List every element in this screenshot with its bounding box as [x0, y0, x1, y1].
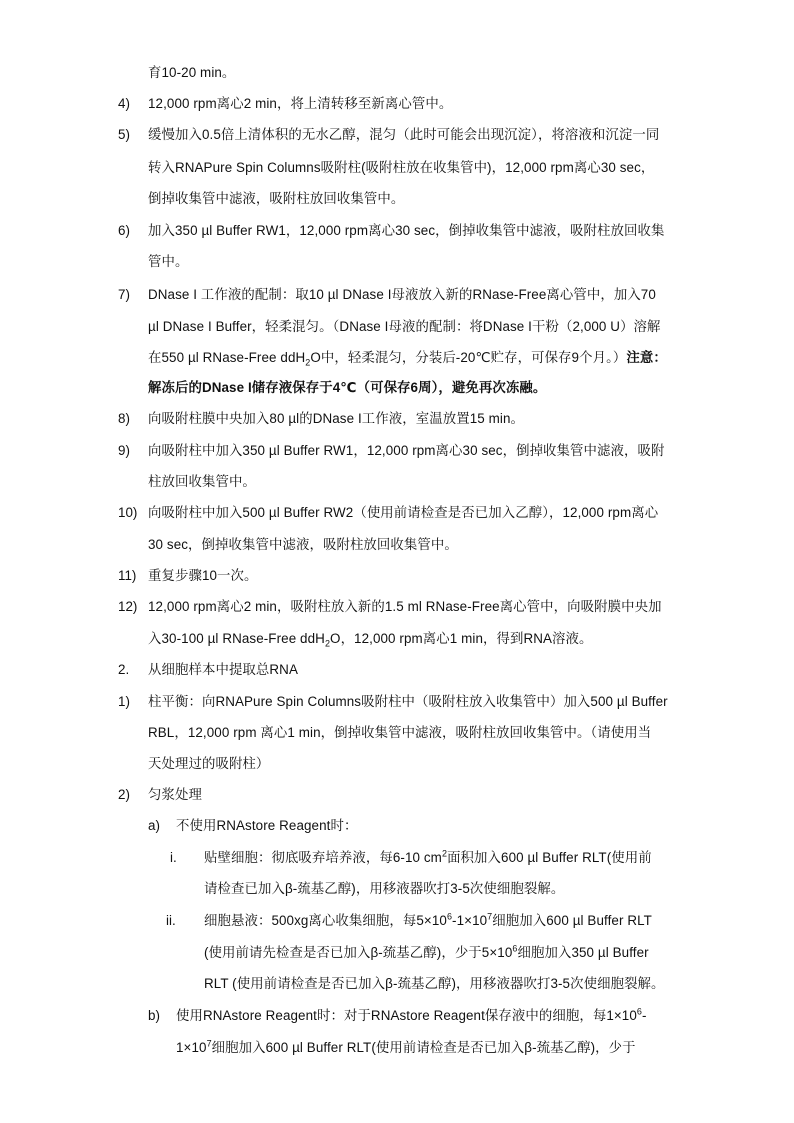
substep-text: 贴壁细胞：彻底吸弃培养液，每6-10 cm2面积加入600 µl Buffer … — [204, 849, 652, 867]
step-text: µl DNase I Buffer，轻柔混匀。（DNase I母液的配制：将DN… — [148, 318, 661, 336]
section-title: 从细胞样本中提取总RNA — [148, 661, 298, 679]
step-number: 4) — [118, 95, 130, 113]
step-number: 1) — [118, 693, 130, 711]
text-span: 入30-100 µl RNase-Free ddH — [148, 631, 325, 646]
step-number: 2) — [118, 786, 130, 804]
step-number: 9) — [118, 442, 130, 460]
step-text: 柱平衡：向RNAPure Spin Columns吸附柱中（吸附柱放入收集管中）… — [148, 693, 668, 711]
text-span: 在550 µl RNase-Free ddH — [148, 350, 305, 365]
text-span: 1×10 — [176, 1040, 207, 1055]
step-text: 向吸附柱膜中央加入80 µl的DNase I工作液，室温放置15 min。 — [148, 410, 524, 428]
step-text: 重复步骤10一次。 — [148, 567, 258, 585]
step-text: 缓慢加入0.5倍上清体积的无水乙醇，混匀（此时可能会出现沉淀），将溶液和沉淀一同 — [148, 126, 659, 144]
step-text: RBL，12,000 rpm 离心1 min，倒掉收集管中滤液，吸附柱放回收集管… — [148, 724, 651, 742]
substep-text: 请检查已加入β-巯基乙醇)，用移液器吹打3-5次使细胞裂解。 — [204, 880, 564, 898]
substep-letter: a) — [148, 817, 160, 835]
step-text: 12,000 rpm离心2 min，吸附柱放入新的1.5 ml RNase-Fr… — [148, 598, 662, 616]
step-text: 在550 µl RNase-Free ddH2O中，轻柔混匀，分装后-20℃贮存… — [148, 349, 667, 367]
roman-numeral: i. — [170, 849, 177, 867]
step-text: 天处理过的吸附柱） — [148, 755, 269, 773]
step-number: 7) — [118, 286, 130, 304]
step-number: 6) — [118, 222, 130, 240]
step-text: 30 sec，倒掉收集管中滤液，吸附柱放回收集管中。 — [148, 536, 458, 554]
text-span: 细胞加入350 µl Buffer — [517, 945, 648, 960]
step-text: 入30-100 µl RNase-Free ddH2O，12,000 rpm离心… — [148, 630, 593, 648]
step-number: 8) — [118, 410, 130, 428]
text-span: 细胞加入600 µl Buffer RLT — [492, 913, 652, 928]
text-span: 细胞加入600 µl Buffer RLT(使用前请检查是否已加入β-巯基乙醇)… — [212, 1040, 636, 1055]
step-number: 10) — [118, 504, 137, 522]
step-text: 向吸附柱中加入350 µl Buffer RW1，12,000 rpm离心30 … — [148, 442, 664, 460]
step-text: DNase I 工作液的配制：取10 µl DNase I母液放入新的RNase… — [148, 286, 656, 304]
note-text: 解冻后的DNase I储存液保存于4℃（可保存6周），避免再次冻融。 — [148, 379, 546, 397]
step-text: 柱放回收集管中。 — [148, 473, 256, 491]
step-text: 向吸附柱中加入500 µl Buffer RW2（使用前请检查是否已加入乙醇），… — [148, 504, 658, 522]
text-span: -1×10 — [452, 913, 487, 928]
step-number: 12) — [118, 598, 137, 616]
substep-text: RLT (使用前请检查是否已加入β-巯基乙醇)，用移液器吹打3-5次使细胞裂解。 — [204, 975, 665, 993]
step-text: 匀浆处理 — [148, 786, 202, 804]
step-text: 12,000 rpm离心2 min，将上清转移至新离心管中。 — [148, 95, 452, 113]
step-text: 倒掉收集管中滤液，吸附柱放回收集管中。 — [148, 190, 404, 208]
substep-text: 细胞悬液：500xg离心收集细胞，每5×106-1×107细胞加入600 µl … — [204, 912, 652, 930]
text-span: O，12,000 rpm离心1 min，得到RNA溶液。 — [330, 631, 593, 646]
note-label: 注意： — [626, 350, 666, 365]
step-text: 管中。 — [148, 253, 188, 271]
text-span: 细胞悬液：500xg离心收集细胞，每5×10 — [204, 913, 447, 928]
roman-numeral: ii. — [166, 912, 176, 930]
substep-text: 1×107细胞加入600 µl Buffer RLT(使用前请检查是否已加入β-… — [176, 1039, 636, 1057]
text-span: - — [642, 1008, 647, 1023]
substep-letter: b) — [148, 1007, 160, 1025]
step-text: 转入RNAPure Spin Columns吸附柱(吸附柱放在收集管中)，12,… — [148, 159, 654, 177]
substep-text: (使用前请先检查是否已加入β-巯基乙醇)，少于5×106细胞加入350 µl B… — [204, 944, 649, 962]
substep-text: 使用RNAstore Reagent时：对于RNAstore Reagent保存… — [176, 1007, 647, 1025]
section-number: 2. — [118, 661, 129, 679]
document-page: 育10-20 min。 4) 12,000 rpm离心2 min，将上清转移至新… — [0, 0, 794, 1123]
step-text: 加入350 µl Buffer RW1，12,000 rpm离心30 sec，倒… — [148, 222, 664, 240]
step-number: 11) — [118, 567, 136, 585]
text-span: (使用前请先检查是否已加入β-巯基乙醇)，少于5×10 — [204, 945, 512, 960]
substep-text: 不使用RNAstore Reagent时： — [176, 817, 357, 835]
text-span: 面积加入600 µl Buffer RLT(使用前 — [447, 850, 652, 865]
text-span: 使用RNAstore Reagent时：对于RNAstore Reagent保存… — [176, 1008, 637, 1023]
text-span: 贴壁细胞：彻底吸弃培养液，每6-10 cm — [204, 850, 442, 865]
step-number: 5) — [118, 126, 130, 144]
continuation-text: 育10-20 min。 — [148, 64, 235, 82]
text-span: O中，轻柔混匀，分装后-20℃贮存，可保存9个月。） — [310, 350, 626, 365]
